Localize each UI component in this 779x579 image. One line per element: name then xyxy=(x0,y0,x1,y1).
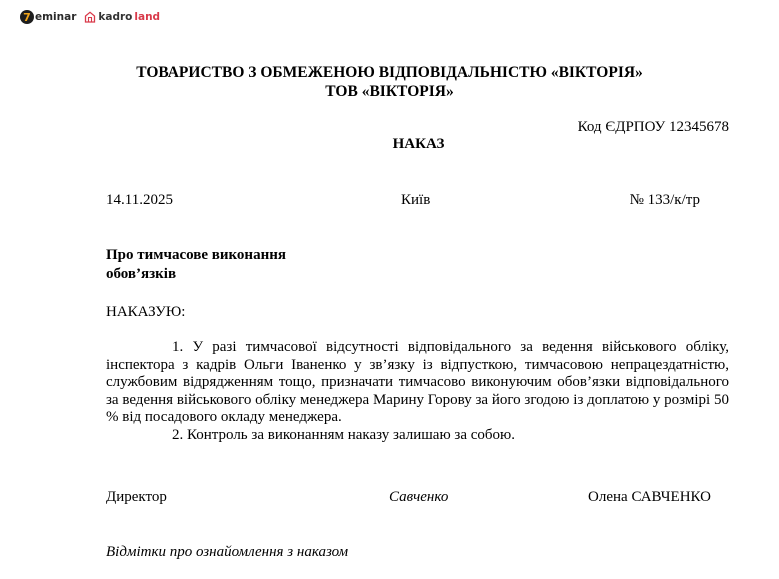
seminar-logo: 7 eminar xyxy=(20,10,76,24)
order-subject-line: Про тимчасове виконання xyxy=(106,246,326,265)
header-logos: 7 eminar kadroland xyxy=(20,10,160,24)
seminar-seven-icon: 7 xyxy=(20,10,34,24)
acknowledgement-note: Відмітки про ознайомлення з наказом xyxy=(106,544,348,561)
organization-full-name: ТОВАРИСТВО З ОБМЕЖЕНОЮ ВІДПОВІДАЛЬНІСТЮ … xyxy=(0,63,779,82)
order-city: Київ xyxy=(401,192,430,209)
house-icon xyxy=(84,11,96,23)
organization-short-name: ТОВ «ВІКТОРІЯ» xyxy=(0,82,779,101)
kadroland-logo-text-accent: land xyxy=(134,11,160,23)
edrpou-code: Код ЄДРПОУ 12345678 xyxy=(578,119,729,136)
order-item: 1. У разі тимчасової відсутності відпові… xyxy=(106,339,729,427)
kadroland-logo: kadroland xyxy=(84,11,160,23)
order-subject: Про тимчасове виконання обов’язків xyxy=(106,246,326,284)
order-number: № 133/к/тр xyxy=(630,192,700,209)
order-item: 2. Контроль за виконанням наказу залишаю… xyxy=(106,427,729,445)
order-directive-word: НАКАЗУЮ: xyxy=(106,304,185,321)
signatory-name: Олена САВЧЕНКО xyxy=(588,489,711,506)
order-date: 14.11.2025 xyxy=(106,192,173,209)
document-type-title: НАКАЗ xyxy=(0,136,779,153)
seminar-logo-text: eminar xyxy=(35,11,76,23)
signature: Савченко xyxy=(389,489,448,506)
kadroland-logo-text-primary: kadro xyxy=(98,11,132,23)
order-subject-line: обов’язків xyxy=(106,265,326,284)
organization-title: ТОВАРИСТВО З ОБМЕЖЕНОЮ ВІДПОВІДАЛЬНІСТЮ … xyxy=(0,63,779,101)
order-items: 1. У разі тимчасової відсутності відпові… xyxy=(106,339,729,444)
signatory-role: Директор xyxy=(106,489,167,506)
